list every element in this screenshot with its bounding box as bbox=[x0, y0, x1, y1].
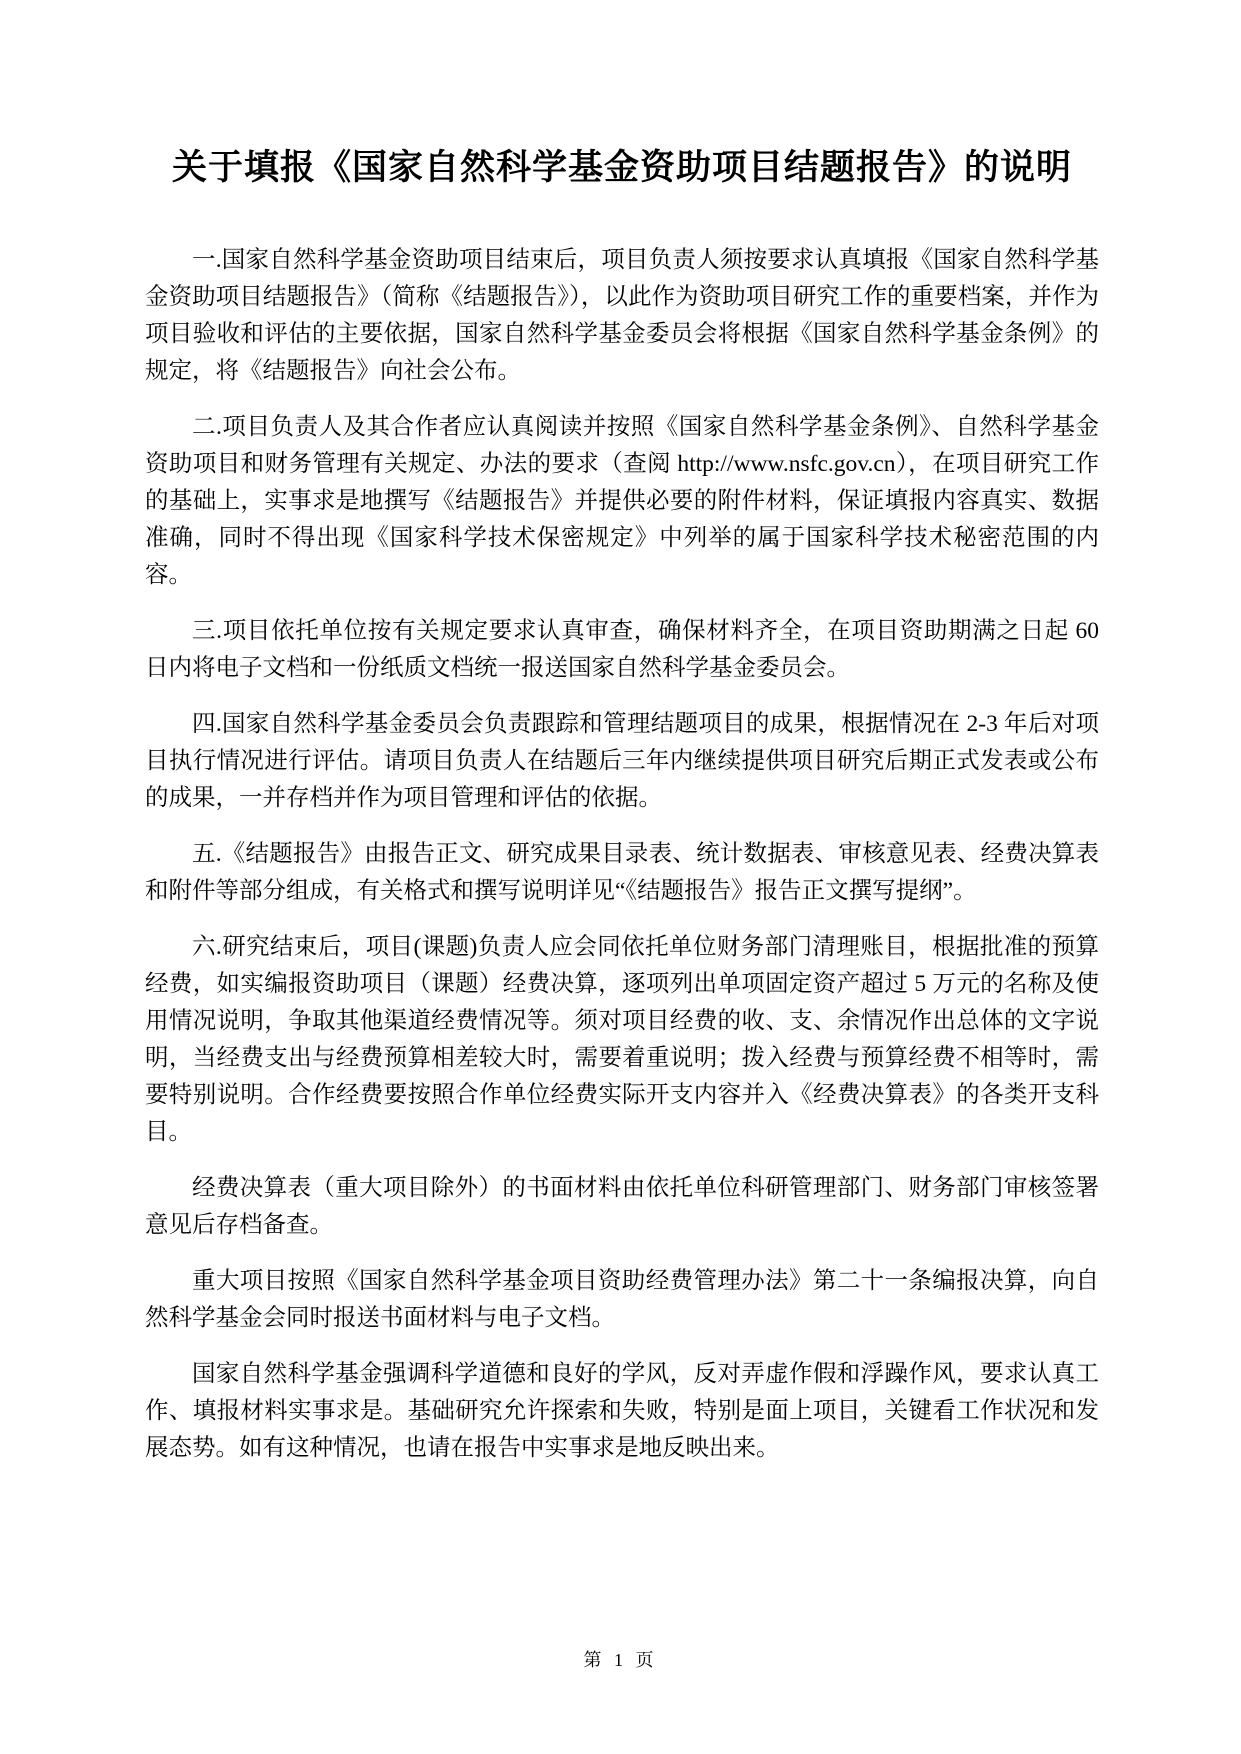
document-body: 一.国家自然科学基金资助项目结束后，项目负责人须按要求认真填报《国家自然科学基金… bbox=[145, 242, 1099, 1467]
paragraph: 国家自然科学基金强调科学道德和良好的学风，反对弄虚作假和浮躁作风，要求认真工作、… bbox=[145, 1356, 1099, 1467]
paragraph: 重大项目按照《国家自然科学基金项目资助经费管理办法》第二十一条编报决算，向自然科… bbox=[145, 1263, 1099, 1337]
paragraph: 三.项目依托单位按有关规定要求认真审查，确保材料齐全，在项目资助期满之日起 60… bbox=[145, 613, 1099, 687]
paragraph: 五.《结题报告》由报告正文、研究成果目录表、统计数据表、审核意见表、经费决算表和… bbox=[145, 836, 1099, 910]
page-number: 第 1 页 bbox=[584, 1650, 658, 1670]
page-footer: 第 1 页 bbox=[0, 1646, 1241, 1672]
paragraph: 四.国家自然科学基金委员会负责跟踪和管理结题项目的成果，根据情况在 2-3 年后… bbox=[145, 706, 1099, 817]
paragraph: 二.项目负责人及其合作者应认真阅读并按照《国家自然科学基金条例》、自然科学基金资… bbox=[145, 409, 1099, 594]
paragraph: 经费决算表（重大项目除外）的书面材料由依托单位科研管理部门、财务部门审核签署意见… bbox=[145, 1170, 1099, 1244]
paragraph: 六.研究结束后，项目(课题)负责人应会同依托单位财务部门清理账目，根据批准的预算… bbox=[145, 929, 1099, 1151]
document-title: 关于填报《国家自然科学基金资助项目结题报告》的说明 bbox=[145, 146, 1099, 190]
paragraph: 一.国家自然科学基金资助项目结束后，项目负责人须按要求认真填报《国家自然科学基金… bbox=[145, 242, 1099, 390]
document-page: 关于填报《国家自然科学基金资助项目结题报告》的说明 一.国家自然科学基金资助项目… bbox=[0, 0, 1241, 1754]
